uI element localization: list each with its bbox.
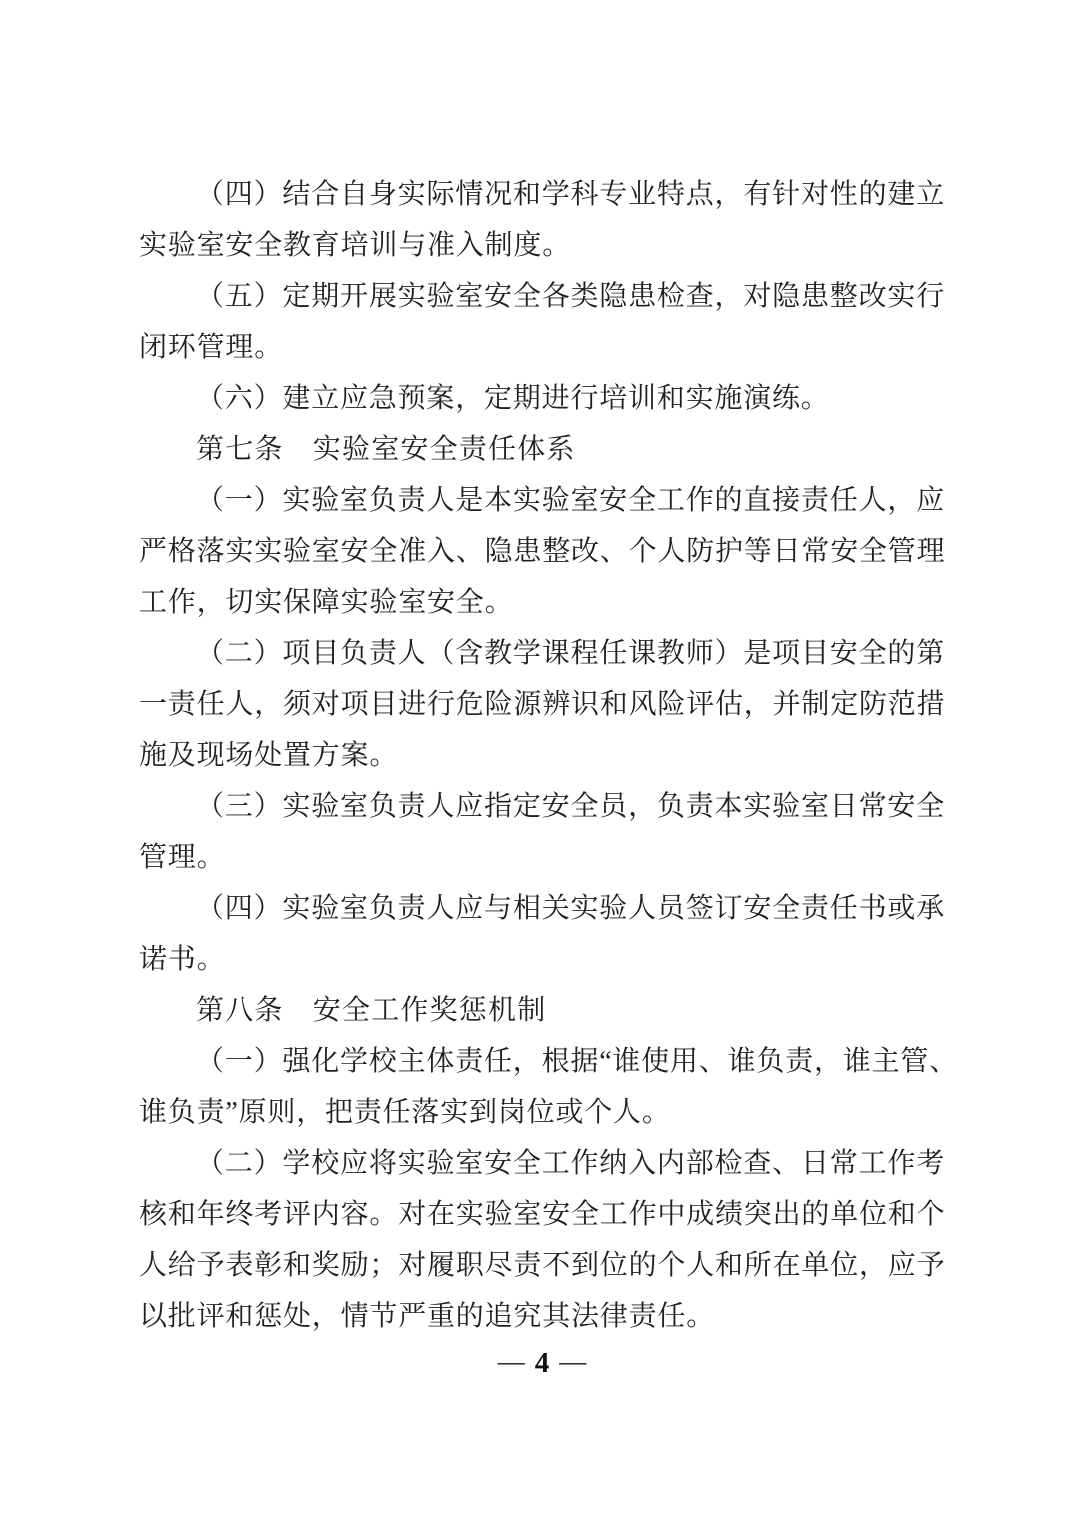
paragraph-line: 以批评和惩处，情节严重的追究其法律责任。 — [139, 1291, 945, 1342]
paragraph-line: 诺书。 — [139, 934, 945, 985]
footer-dash-left: — — [498, 1346, 525, 1376]
paragraph-line: 闭环管理。 — [139, 322, 945, 373]
paragraph-line: 核和年终考评内容。对在实验室安全工作中成绩突出的单位和个 — [139, 1189, 945, 1240]
paragraph-line: 谁负责”原则，把责任落实到岗位或个人。 — [139, 1087, 945, 1138]
paragraph-line: 管理。 — [139, 832, 945, 883]
paragraph-line: （六）建立应急预案，定期进行培训和实施演练。 — [139, 373, 945, 424]
article-heading-line: 第八条 安全工作奖惩机制 — [139, 985, 945, 1036]
document-page: （四）结合自身实际情况和学科专业特点，有针对性的建立实验室安全教育培训与准入制度… — [0, 0, 1080, 1527]
paragraph-line: 施及现场处置方案。 — [139, 730, 945, 781]
paragraph-line: （四）结合自身实际情况和学科专业特点，有针对性的建立 — [139, 169, 945, 220]
paragraph-line: （二）项目负责人（含教学课程任课教师）是项目安全的第 — [139, 628, 945, 679]
paragraph-line: （五）定期开展实验室安全各类隐患检查，对隐患整改实行 — [139, 271, 945, 322]
paragraph-line: （一）强化学校主体责任，根据“谁使用、谁负责，谁主管、 — [139, 1036, 945, 1087]
paragraph-line: 一责任人，须对项目进行危险源辨识和风险评估，并制定防范措 — [139, 679, 945, 730]
document-text-block: （四）结合自身实际情况和学科专业特点，有针对性的建立实验室安全教育培训与准入制度… — [139, 169, 945, 1342]
paragraph-line: 人给予表彰和奖励；对履职尽责不到位的个人和所在单位，应予 — [139, 1240, 945, 1291]
paragraph-line: （四）实验室负责人应与相关实验人员签订安全责任书或承 — [139, 883, 945, 934]
paragraph-line: 严格落实实验室安全准入、隐患整改、个人防护等日常安全管理 — [139, 526, 945, 577]
article-heading-line: 第七条 实验室安全责任体系 — [139, 424, 945, 475]
paragraph-line: （一）实验室负责人是本实验室安全工作的直接责任人，应 — [139, 475, 945, 526]
footer-dash-right: — — [559, 1346, 586, 1376]
page-number: 4 — [535, 1347, 550, 1379]
page-footer: —4— — [139, 1344, 945, 1382]
paragraph-line: （三）实验室负责人应指定安全员，负责本实验室日常安全 — [139, 781, 945, 832]
paragraph-line: 工作，切实保障实验室安全。 — [139, 577, 945, 628]
paragraph-line: 实验室安全教育培训与准入制度。 — [139, 220, 945, 271]
paragraph-line: （二）学校应将实验室安全工作纳入内部检查、日常工作考 — [139, 1138, 945, 1189]
